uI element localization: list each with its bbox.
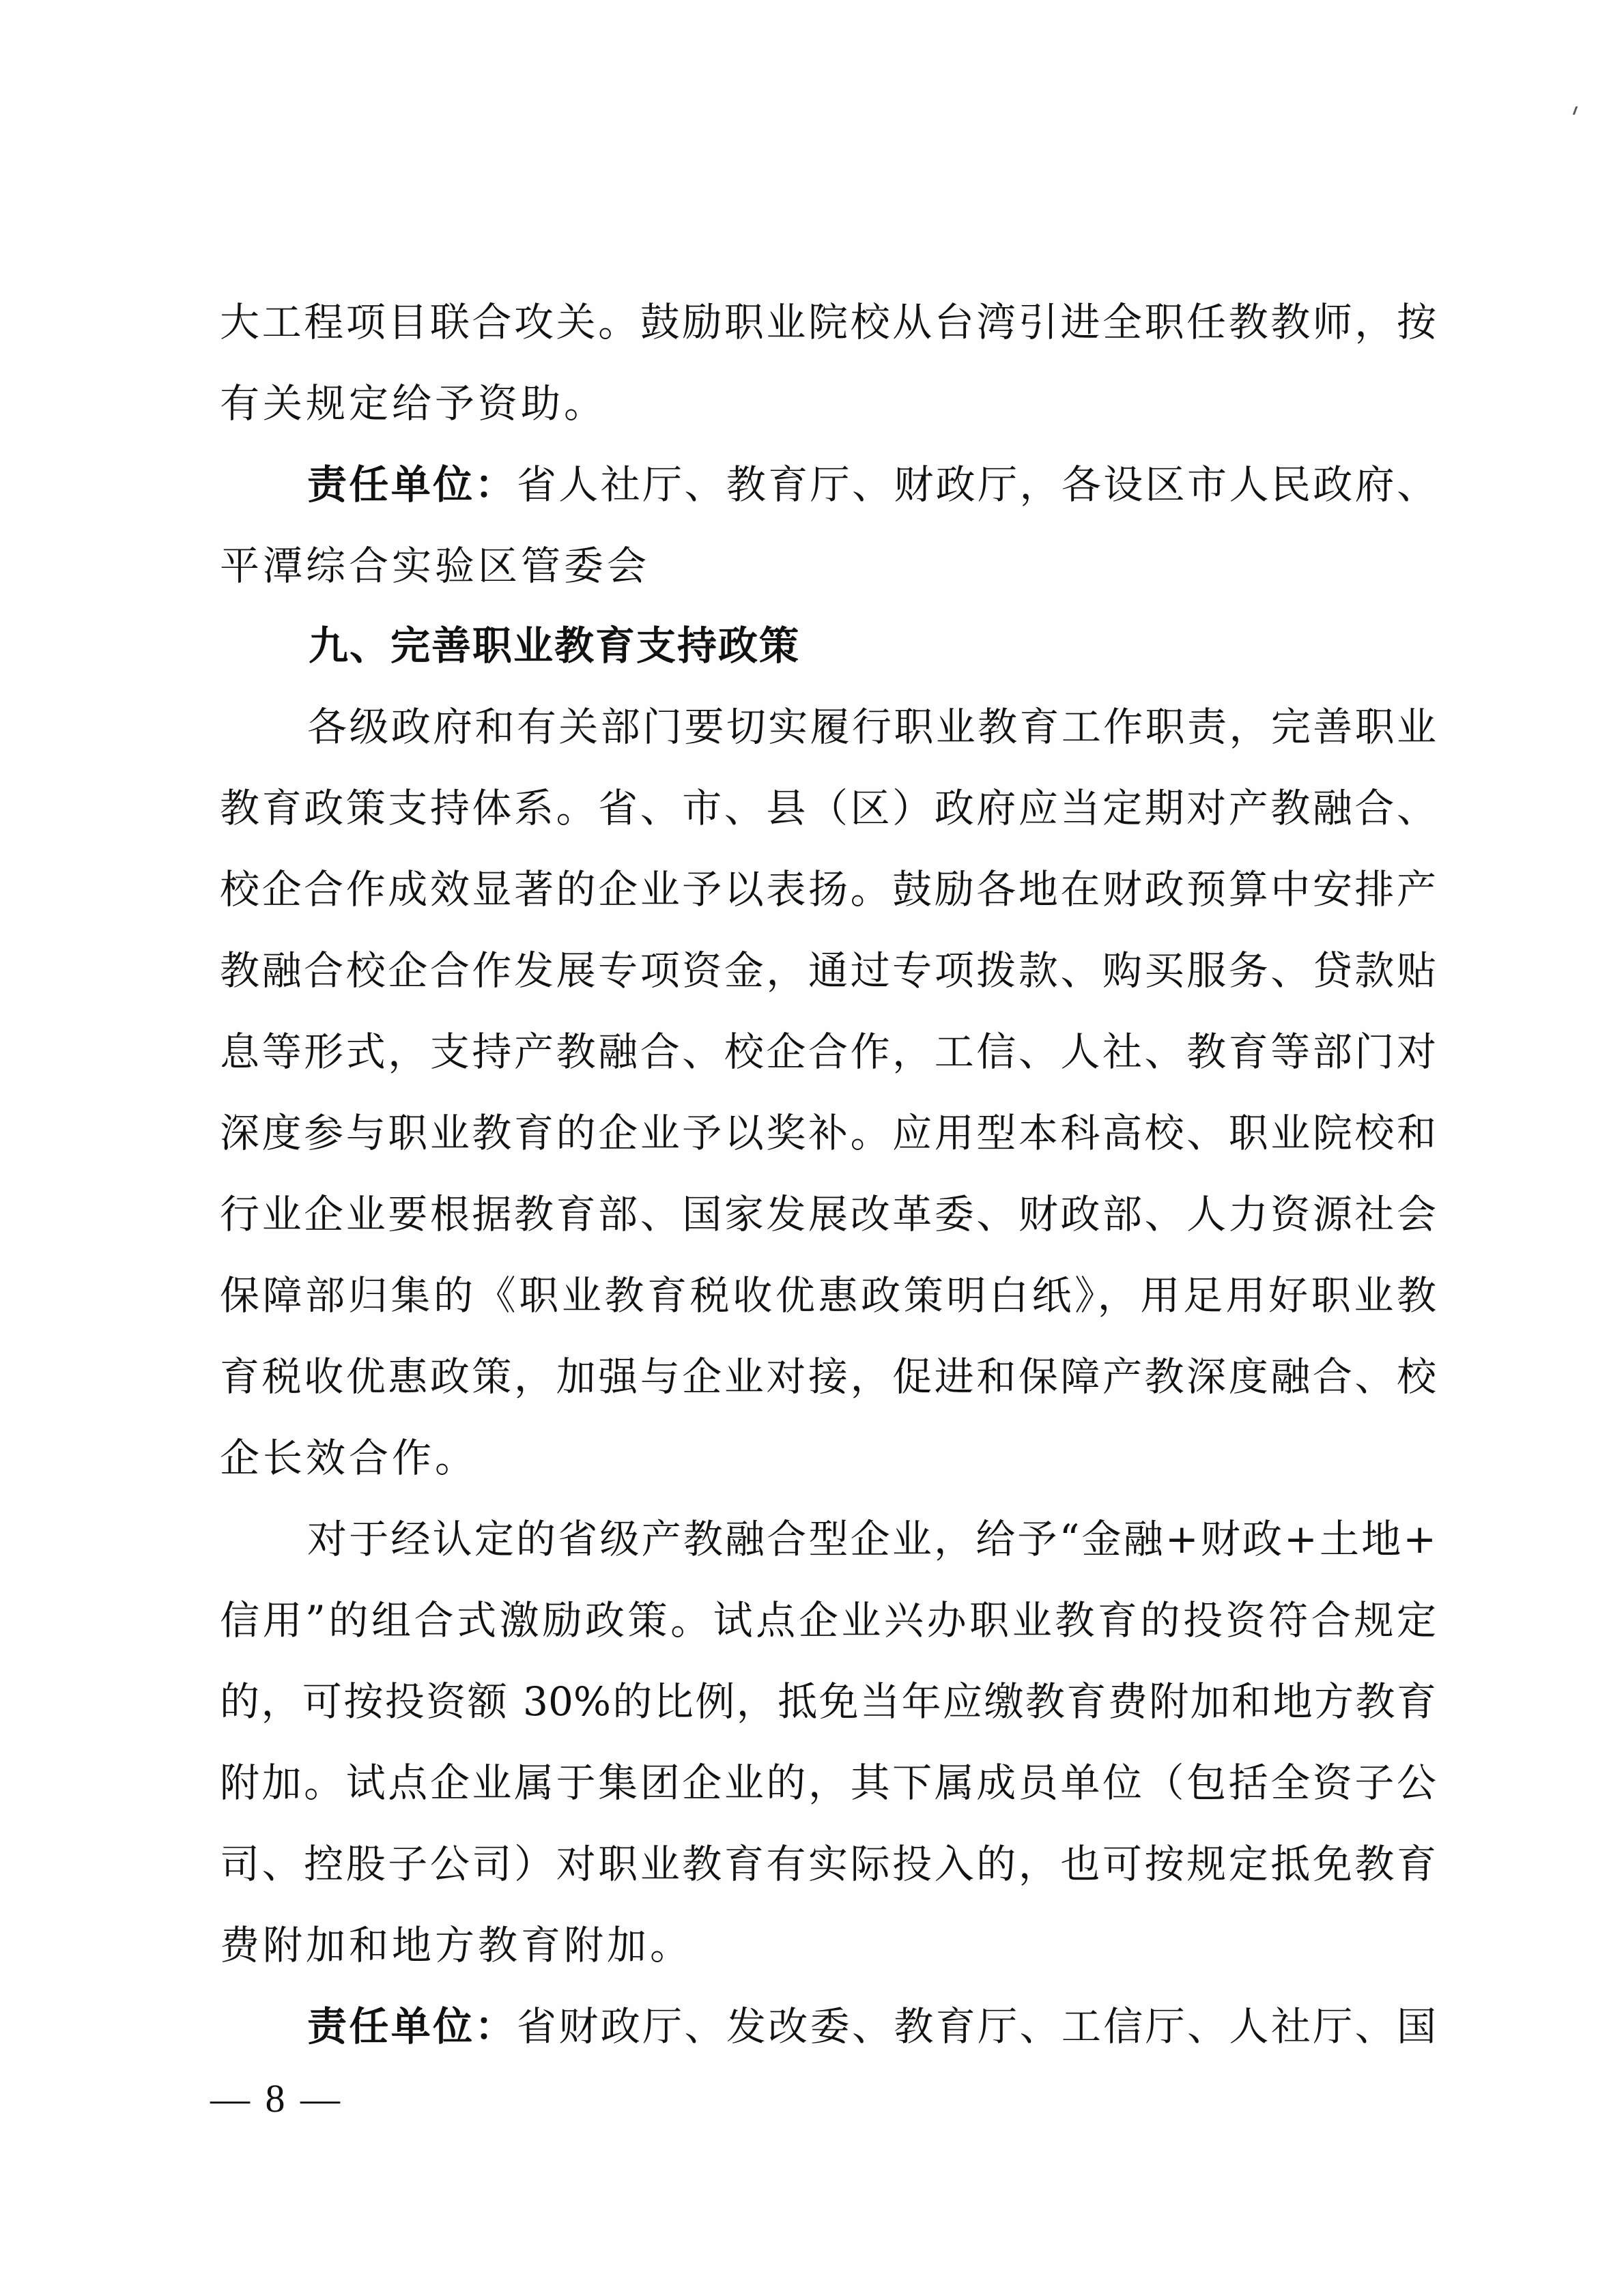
responsible-units-line: 责任单位：省人社厅、教育厅、财政厅，各设区市人民政府、 bbox=[307, 457, 1436, 512]
responsible-units-line: 平潭综合实验区管委会 bbox=[220, 539, 1436, 593]
body-line: 各级政府和有关部门要切实履行职业教育工作职责，完善职业 bbox=[307, 700, 1436, 754]
body-line: 企长效合作。 bbox=[220, 1431, 1436, 1485]
body-line: 校企合作成效显著的企业予以表扬。鼓励各地在财政预算中安排产 bbox=[220, 862, 1436, 917]
body-line: 费附加和地方教育附加。 bbox=[220, 1918, 1436, 1972]
body-line: 教融合校企合作发展专项资金，通过专项拨款、购买服务、贷款贴 bbox=[220, 943, 1436, 998]
body-line: 信用”的组合式激励政策。试点企业兴办职业教育的投资符合规定 bbox=[220, 1593, 1436, 1648]
body-line: 教育政策支持体系。省、市、县（区）政府应当定期对产教融合、 bbox=[220, 781, 1436, 835]
body-line: 深度参与职业教育的企业予以奖补。应用型本科高校、职业院校和 bbox=[220, 1106, 1436, 1160]
body-line: 的，可按投资额 30%的比例，抵免当年应缴教育费附加和地方教育 bbox=[220, 1674, 1436, 1729]
body-line: 司、控股子公司）对职业教育有实际投入的，也可按规定抵免教育 bbox=[220, 1837, 1436, 1891]
body-line: 息等形式，支持产教融合、校企合作，工信、人社、教育等部门对 bbox=[220, 1024, 1436, 1079]
body-line: 对于经认定的省级产教融合型企业，给予“金融+财政+土地+ bbox=[307, 1512, 1436, 1566]
body-line: 附加。试点企业属于集团企业的，其下属成员单位（包括全资子公 bbox=[220, 1755, 1436, 1810]
responsible-units-line: 责任单位：省财政厅、发改委、教育厅、工信厅、人社厅、国 bbox=[307, 1999, 1436, 2054]
responsible-units-text: 省人社厅、教育厅、财政厅，各设区市人民政府、 bbox=[517, 461, 1436, 508]
responsible-units-label: 责任单位： bbox=[307, 2003, 517, 2050]
document-page: 大工程项目联合攻关。鼓励职业院校从台湾引进全职任教教师，按 有关规定给予资助。 … bbox=[0, 0, 1624, 2296]
body-line: 有关规定给予资助。 bbox=[220, 376, 1436, 431]
scan-artifact-mark bbox=[1573, 106, 1578, 115]
body-line: 行业企业要根据教育部、国家发展改革委、财政部、人力资源社会 bbox=[220, 1187, 1436, 1242]
body-line: 育税收优惠政策，加强与企业对接，促进和保障产教深度融合、校 bbox=[220, 1349, 1436, 1404]
section-heading: 九、完善职业教育支持政策 bbox=[309, 618, 1525, 673]
body-line: 大工程项目联合攻关。鼓励职业院校从台湾引进全职任教教师，按 bbox=[220, 295, 1436, 349]
responsible-units-text: 省财政厅、发改委、教育厅、工信厅、人社厅、国 bbox=[517, 2003, 1436, 2050]
body-line: 保障部归集的《职业教育税收优惠政策明白纸》，用足用好职业教 bbox=[220, 1268, 1436, 1323]
responsible-units-label: 责任单位： bbox=[307, 461, 517, 508]
page-number: — 8 — bbox=[210, 2075, 343, 2123]
